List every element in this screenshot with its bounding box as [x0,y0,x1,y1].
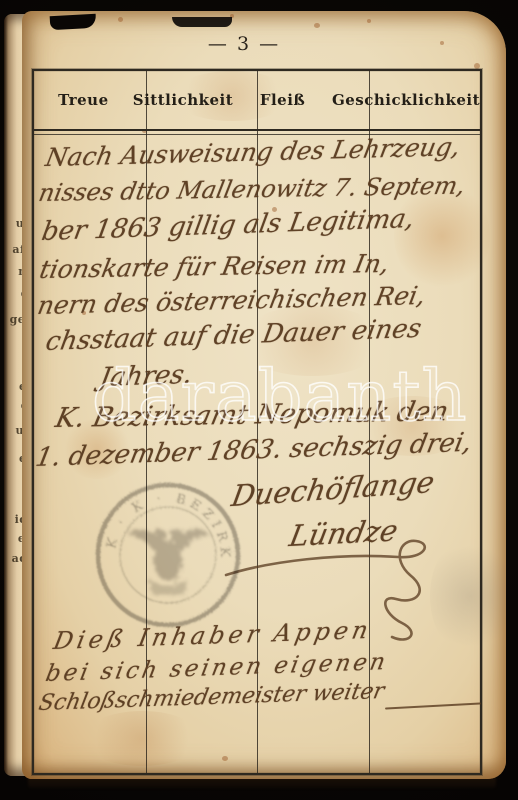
signature-flourish [220,531,490,651]
speck [118,17,123,22]
speck [367,19,371,23]
table-header-row: Treue Sittlichkeit Fleiß Geschicklichkei… [34,71,480,131]
stamp-eagle-emblem [126,529,210,595]
column-header-geschicklichkeit: Geschicklichkeit [332,71,480,129]
column-header-sittlichkeit: Sittlichkeit [133,71,233,129]
handwritten-line: tionskarte für Reisen im In, [37,249,392,284]
page-tear [172,17,232,27]
document-page: — 3 — Treue Sittlichkeit Fleiß Geschickl… [22,11,506,779]
official-stamp: K · K · BEZIRKSAMT [90,477,246,633]
column-header-treue: Treue [34,71,133,129]
column-header-fleiss: Fleiß [233,71,332,129]
handwritten-line: Jahres. [97,360,194,393]
page-tear [50,14,97,30]
page-number: — 3 — [22,33,466,55]
speck [314,23,320,28]
